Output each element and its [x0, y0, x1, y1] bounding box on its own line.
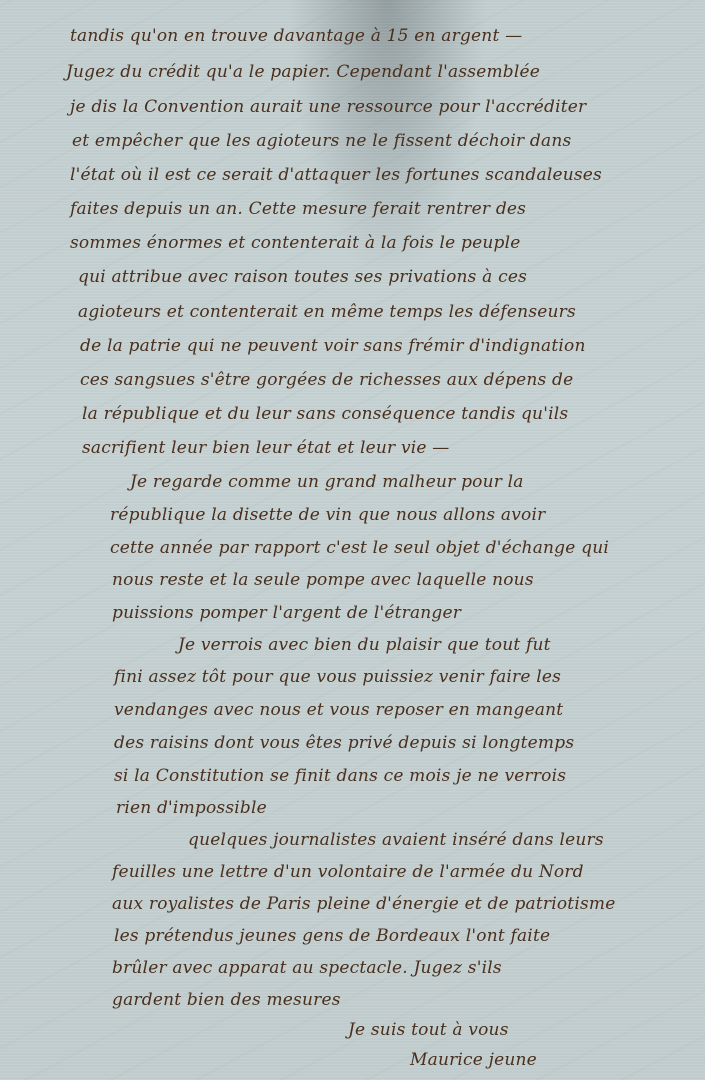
text-line: Je regarde comme un grand malheur pour l…: [130, 472, 524, 492]
signature: Maurice jeune: [410, 1050, 537, 1070]
text-line: la république et du leur sans conséquenc…: [82, 404, 568, 424]
text-line: brûler avec apparat au spectacle. Jugez …: [112, 958, 502, 978]
text-line: aux royalistes de Paris pleine d'énergie…: [112, 894, 615, 914]
text-line: puissions pomper l'argent de l'étranger: [112, 603, 461, 623]
text-line: tandis qu'on en trouve davantage à 15 en…: [70, 26, 522, 46]
text-line: république la disette de vin que nous al…: [110, 505, 545, 525]
text-line: Jugez du crédit qu'a le papier. Cependan…: [66, 62, 540, 82]
text-line: quelques journalistes avaient inséré dan…: [188, 830, 604, 850]
text-line: ces sangsues s'être gorgées de richesses…: [80, 370, 573, 390]
closing-line: Je suis tout à vous: [348, 1020, 509, 1040]
text-line: l'état où il est ce serait d'attaquer le…: [70, 165, 602, 185]
text-line: agioteurs et contenterait en même temps …: [78, 302, 576, 322]
text-line: sommes énormes et contenterait à la fois…: [70, 233, 521, 253]
text-line: je dis la Convention aurait une ressourc…: [70, 97, 586, 117]
text-line: vendanges avec nous et vous reposer en m…: [114, 700, 563, 720]
text-line: les prétendus jeunes gens de Bordeaux l'…: [114, 926, 550, 946]
text-line: et empêcher que les agioteurs ne le fiss…: [72, 131, 571, 151]
text-line: de la patrie qui ne peuvent voir sans fr…: [80, 336, 586, 356]
text-line: sacrifient leur bien leur état et leur v…: [82, 438, 449, 458]
text-line: des raisins dont vous êtes privé depuis …: [114, 733, 574, 753]
text-line: qui attribue avec raison toutes ses priv…: [78, 267, 527, 287]
text-line: si la Constitution se finit dans ce mois…: [114, 766, 566, 786]
text-line: Je verrois avec bien du plaisir que tout…: [178, 635, 551, 655]
manuscript-page: tandis qu'on en trouve davantage à 15 en…: [0, 0, 705, 1080]
text-line: cette année par rapport c'est le seul ob…: [110, 538, 609, 558]
text-line: gardent bien des mesures: [112, 990, 341, 1010]
text-line: fini assez tôt pour que vous puissiez ve…: [114, 667, 561, 687]
text-line: faites depuis un an. Cette mesure ferait…: [70, 199, 526, 219]
text-line: nous reste et la seule pompe avec laquel…: [112, 570, 534, 590]
text-line: rien d'impossible: [116, 798, 267, 818]
text-line: feuilles une lettre d'un volontaire de l…: [112, 862, 584, 882]
